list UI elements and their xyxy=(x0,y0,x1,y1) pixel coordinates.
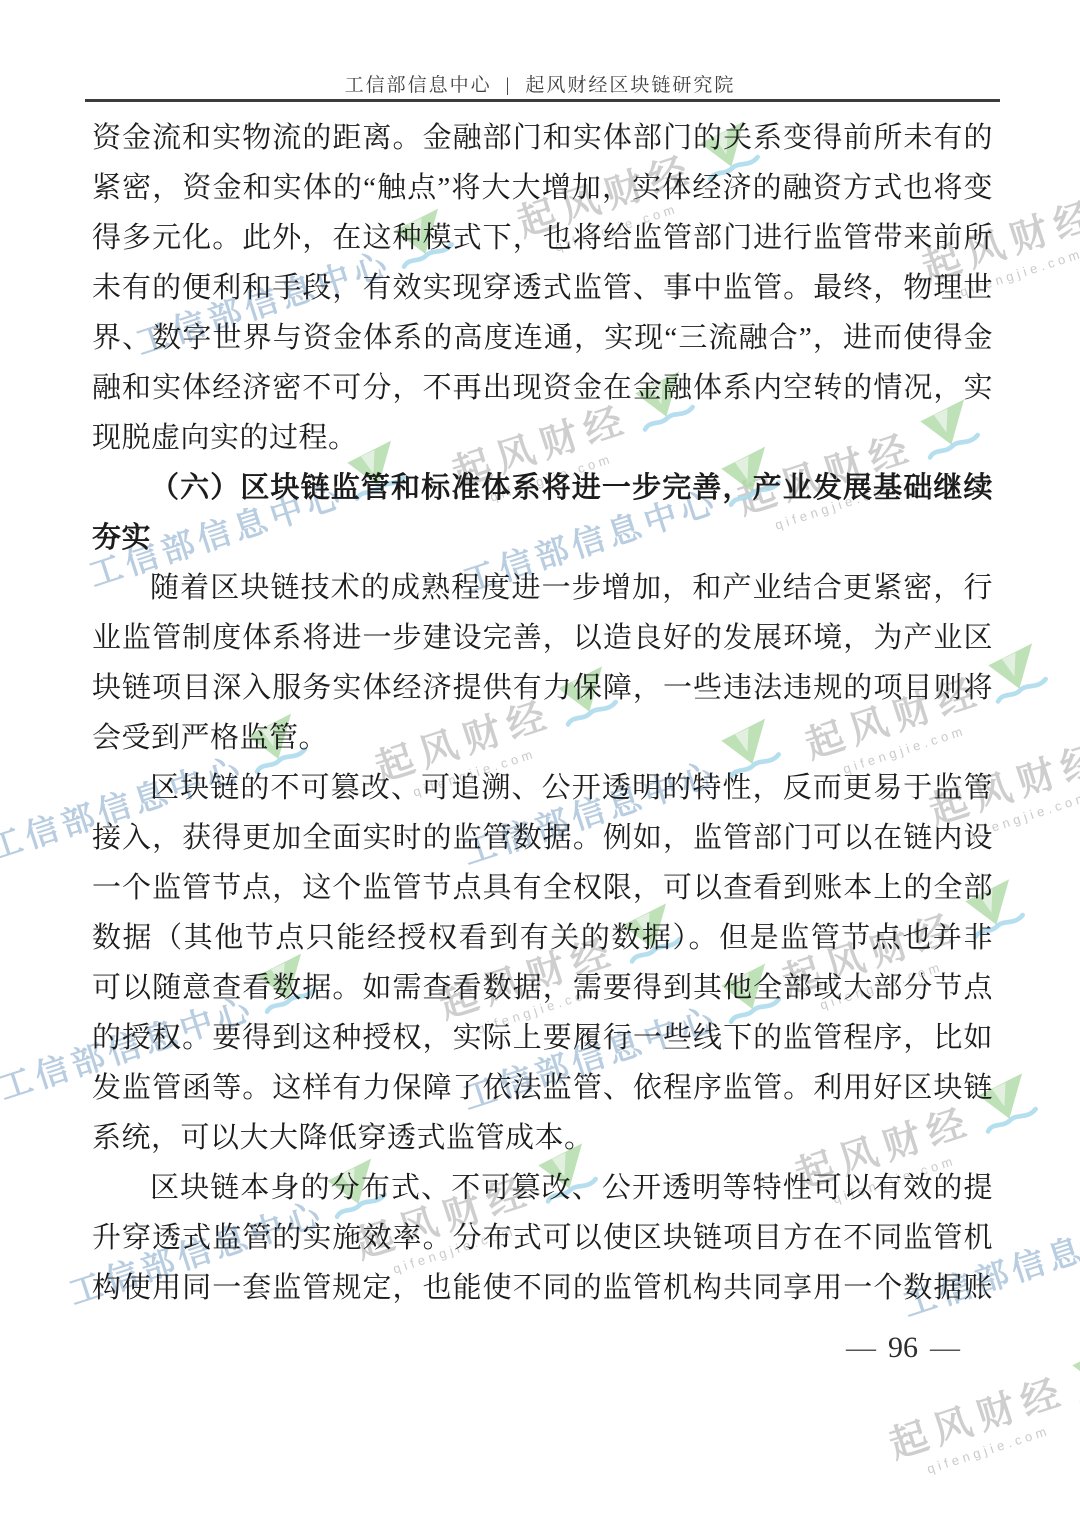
text-line: 现脱虚向实的过程。 xyxy=(92,413,993,463)
header-org-left: 工信部信息中心 xyxy=(345,75,492,96)
text-line: 得多元化。此外，在这种模式下，也将给监管部门进行监管带来前所 xyxy=(92,213,993,263)
text-line: 一个监管节点，这个监管节点具有全权限，可以查看到账本上的全部 xyxy=(92,863,993,913)
text-line: 升穿透式监管的实施效率。分布式可以使区块链项目方在不同监管机 xyxy=(92,1213,993,1263)
text-line: 融和实体经济密不可分，不再出现资金在金融体系内空转的情况，实 xyxy=(92,363,993,413)
body-text: 资金流和实物流的距离。金融部门和实体部门的关系变得前所未有的紧密，资金和实体的“… xyxy=(92,113,993,1313)
watermark-subtext: qifengjie.com xyxy=(925,1423,1052,1477)
page-number: 96 xyxy=(888,1331,918,1365)
text-line: 资金流和实物流的距离。金融部门和实体部门的关系变得前所未有的 xyxy=(92,113,993,163)
text-line: 块链项目深入服务实体经济提供有力保障，一些违法违规的项目则将 xyxy=(92,663,993,713)
header-divider xyxy=(85,99,1000,102)
text-line: 发监管函等。这样有力保障了依法监管、依程序监管。利用好区块链 xyxy=(92,1063,993,1113)
text-line: 构使用同一套监管规定，也能使不同的监管机构共同享用一个数据账 xyxy=(92,1263,993,1313)
page-footer: — 96 — xyxy=(846,1331,960,1365)
text-line: 数据（其他节点只能经授权看到有关的数据）。但是监管节点也并非 xyxy=(92,913,993,963)
text-line: 紧密，资金和实体的“触点”将大大增加，实体经济的融资方式也将变 xyxy=(92,163,993,213)
watermark-text: 起风财经 xyxy=(881,1360,1073,1469)
page-header: 工信部信息中心|起风财经区块链研究院 xyxy=(0,70,1080,97)
text-line: 未有的便利和手段，有效实现穿透式监管、事中监管。最终，物理世 xyxy=(92,263,993,313)
text-line: 会受到严格监管。 xyxy=(92,713,993,763)
text-line: 区块链本身的分布式、不可篡改、公开透明等特性可以有效的提 xyxy=(92,1163,993,1213)
text-line: 可以随意查看数据。如需查看数据，需要得到其他全部或大部分节点 xyxy=(92,963,993,1013)
text-line: 夯实 xyxy=(92,513,993,563)
text-line: （六）区块链监管和标准体系将进一步完善，产业发展基础继续 xyxy=(92,463,993,513)
header-org-right: 起风财经区块链研究院 xyxy=(525,75,735,96)
document-page: 起风财经 qifengjie.com 起风财经 qifengjie.com 工信… xyxy=(0,0,1080,1527)
text-line: 系统，可以大大降低穿透式监管成本。 xyxy=(92,1113,993,1163)
footer-dash-right: — xyxy=(930,1331,960,1365)
text-line: 业监管制度体系将进一步建设完善，以造良好的发展环境，为产业区 xyxy=(92,613,993,663)
text-line: 接入，获得更加全面实时的监管数据。例如，监管部门可以在链内设 xyxy=(92,813,993,863)
text-line: 区块链的不可篡改、可追溯、公开透明的特性，反而更易于监管 xyxy=(92,763,993,813)
leaf-wave-logo-icon xyxy=(1064,1340,1080,1410)
footer-dash-left: — xyxy=(846,1331,876,1365)
text-line: 随着区块链技术的成熟程度进一步增加，和产业结合更紧密，行 xyxy=(92,563,993,613)
text-line: 的授权。要得到这种授权，实际上要履行一些线下的监管程序，比如 xyxy=(92,1013,993,1063)
header-separator: | xyxy=(506,75,512,96)
text-line: 界、数字世界与资金体系的高度连通，实现“三流融合”，进而使得金 xyxy=(92,313,993,363)
